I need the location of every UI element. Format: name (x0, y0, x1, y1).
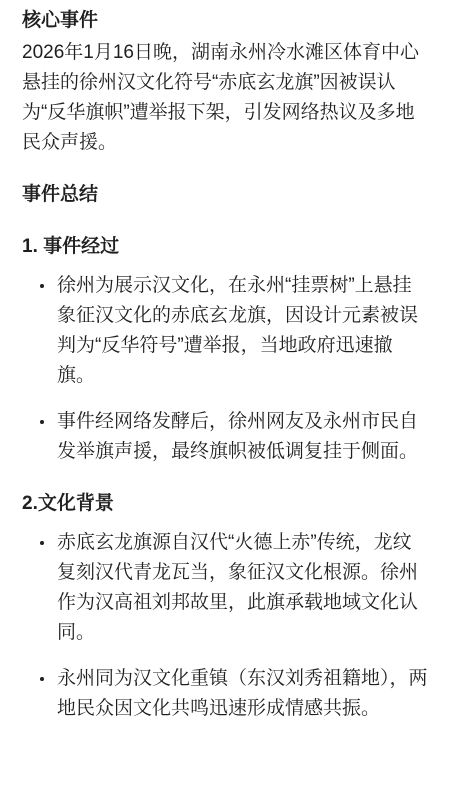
list-item-text: 永州同为汉文化重镇（东汉刘秀祖籍地），两地民众因文化共鸣迅速形成情感共振。 (57, 668, 428, 719)
list-item: 事件经网络发酵后，徐州网友及永州市民自发举旗声援，最终旗帜被低调复挂于侧面。 (57, 407, 430, 467)
core-event-paragraph: 2026年1月16日晚，湖南永州冷水滩区体育中心悬挂的徐州汉文化符号“赤底玄龙旗… (22, 38, 430, 158)
bullet-icon (40, 284, 44, 288)
list-item: 永州同为汉文化重镇（东汉刘秀祖籍地），两地民众因文化共鸣迅速形成情感共振。 (57, 664, 430, 724)
heading-cultural-background: 2.文化背景 (22, 489, 430, 519)
bullet-icon (40, 541, 44, 545)
event-process-list: 徐州为展示汉文化，在永州“挂票树”上悬挂象征汉文化的赤底玄龙旗，因设计元素被误判… (22, 271, 430, 467)
bullet-icon (40, 677, 44, 681)
document-body: 核心事件 2026年1月16日晚，湖南永州冷水滩区体育中心悬挂的徐州汉文化符号“… (0, 0, 452, 738)
heading-event-summary: 事件总结 (22, 180, 430, 210)
list-item-text: 徐州为展示汉文化，在永州“挂票树”上悬挂象征汉文化的赤底玄龙旗，因设计元素被误判… (57, 275, 418, 386)
list-item-text: 事件经网络发酵后，徐州网友及永州市民自发举旗声援，最终旗帜被低调复挂于侧面。 (57, 411, 418, 462)
cultural-background-list: 赤底玄龙旗源自汉代“火德上赤”传统，龙纹复刻汉代青龙瓦当，象征汉文化根源。徐州作… (22, 528, 430, 724)
bullet-icon (40, 420, 44, 424)
heading-core-event: 核心事件 (22, 6, 430, 36)
list-item: 赤底玄龙旗源自汉代“火德上赤”传统，龙纹复刻汉代青龙瓦当，象征汉文化根源。徐州作… (57, 528, 430, 648)
list-item-text: 赤底玄龙旗源自汉代“火德上赤”传统，龙纹复刻汉代青龙瓦当，象征汉文化根源。徐州作… (57, 532, 418, 643)
heading-event-process: 1. 事件经过 (22, 232, 430, 262)
list-item: 徐州为展示汉文化，在永州“挂票树”上悬挂象征汉文化的赤底玄龙旗，因设计元素被误判… (57, 271, 430, 391)
